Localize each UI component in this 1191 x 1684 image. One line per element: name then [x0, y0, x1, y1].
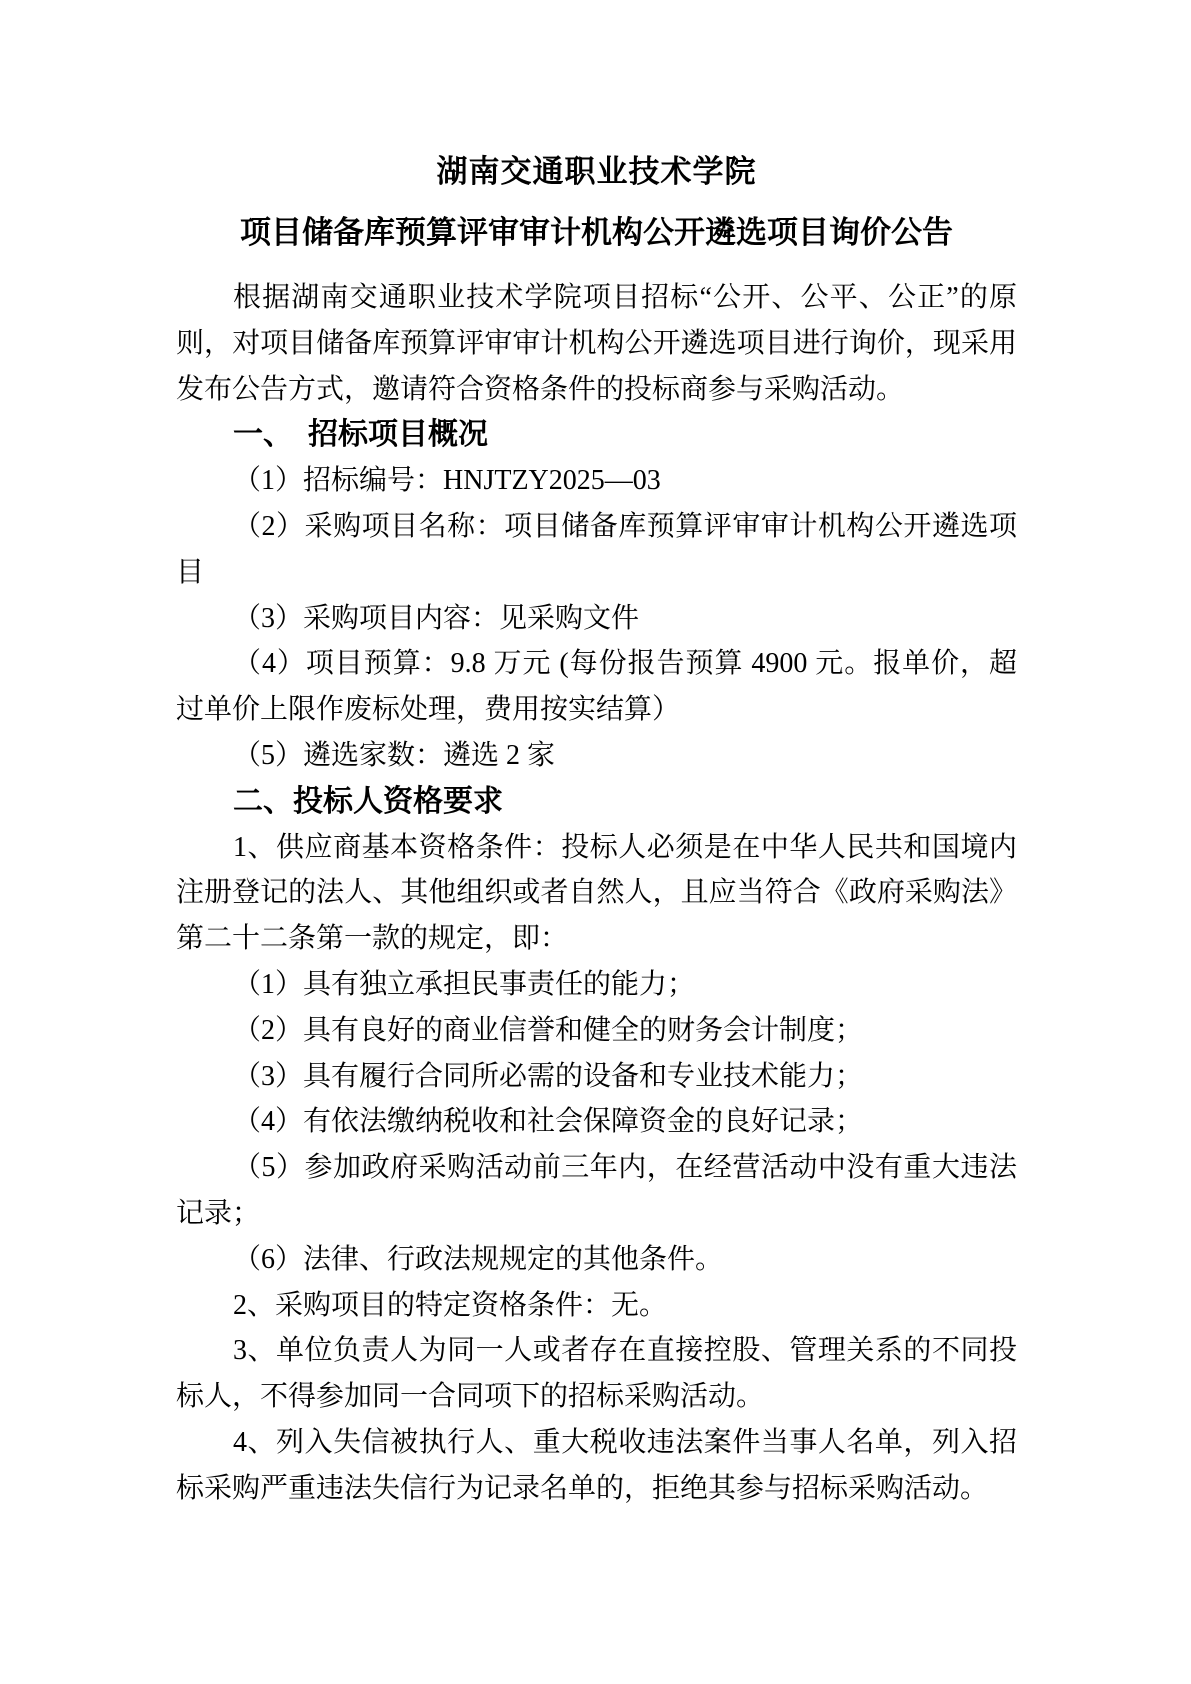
same-responsible-person-rule: 3、单位负责人为同一人或者存在直接控股、管理关系的不同投标人，不得参加同一合同项… — [176, 1328, 1017, 1420]
project-content: （3）采购项目内容：见采购文件 — [176, 596, 1017, 642]
section-heading-1: 一、 招标项目概况 — [176, 412, 1017, 458]
text-line: 第二十二条第一款的规定，即： — [176, 916, 1017, 962]
qualification-item-3: （3）具有履行合同所必需的设备和专业技术能力； — [176, 1054, 1017, 1100]
text-line: 目 — [176, 550, 1017, 596]
section-heading-2: 二、投标人资格要求 — [176, 779, 1017, 825]
text-line: （1）具有独立承担民事责任的能力； — [176, 962, 1017, 1008]
text-line: 则，对项目储备库预算评审审计机构公开遴选项目进行询价，现采用 — [176, 321, 1017, 367]
text-line: 一、 招标项目概况 — [176, 412, 1017, 458]
qualification-item-6: （6）法律、行政法规规定的其他条件。 — [176, 1237, 1017, 1283]
specific-qualification: 2、采购项目的特定资格条件：无。 — [176, 1283, 1017, 1329]
text-line: 记录； — [176, 1191, 1017, 1237]
text-line: 注册登记的法人、其他组织或者自然人，且应当符合《政府采购法》 — [176, 870, 1017, 916]
tender-number: （1）招标编号：HNJTZY2025—03 — [176, 458, 1017, 504]
qualification-item-4: （4）有依法缴纳税收和社会保障资金的良好记录； — [176, 1099, 1017, 1145]
text-line: 二、投标人资格要求 — [176, 779, 1017, 825]
qualification-item-5: （5）参加政府采购活动前三年内，在经营活动中没有重大违法记录； — [176, 1145, 1017, 1237]
selection-count: （5）遴选家数：遴选 2 家 — [176, 733, 1017, 779]
document-page: 湖南交通职业技术学院 项目储备库预算评审审计机构公开遴选项目询价公告 根据湖南交… — [0, 0, 1191, 1684]
qualification-item-2: （2）具有良好的商业信誉和健全的财务会计制度； — [176, 1008, 1017, 1054]
qualification-item-1: （1）具有独立承担民事责任的能力； — [176, 962, 1017, 1008]
document-subtitle: 项目储备库预算评审审计机构公开遴选项目询价公告 — [176, 213, 1017, 253]
text-line: （6）法律、行政法规规定的其他条件。 — [176, 1237, 1017, 1283]
text-line: 标人，不得参加同一合同项下的招标采购活动。 — [176, 1374, 1017, 1420]
text-line: 发布公告方式，邀请符合资格条件的投标商参与采购活动。 — [176, 367, 1017, 413]
document-title: 湖南交通职业技术学院 — [176, 152, 1017, 192]
text-line: （1）招标编号：HNJTZY2025—03 — [176, 458, 1017, 504]
text-line: 2、采购项目的特定资格条件：无。 — [176, 1283, 1017, 1329]
text-line: 4、列入失信被执行人、重大税收违法案件当事人名单，列入招 — [176, 1420, 1017, 1466]
text-line: （4）有依法缴纳税收和社会保障资金的良好记录； — [176, 1099, 1017, 1145]
text-line: （4）项目预算：9.8 万元 (每份报告预算 4900 元。报单价，超 — [176, 641, 1017, 687]
project-name: （2）采购项目名称：项目储备库预算评审审计机构公开遴选项目 — [176, 504, 1017, 596]
text-line: （2）采购项目名称：项目储备库预算评审审计机构公开遴选项 — [176, 504, 1017, 550]
project-budget: （4）项目预算：9.8 万元 (每份报告预算 4900 元。报单价，超过单价上限… — [176, 641, 1017, 733]
dishonest-list-rule: 4、列入失信被执行人、重大税收违法案件当事人名单，列入招标采购严重违法失信行为记… — [176, 1420, 1017, 1512]
text-line: 过单价上限作废标处理，费用按实结算） — [176, 687, 1017, 733]
text-line: 根据湖南交通职业技术学院项目招标“公开、公平、公正”的原 — [176, 275, 1017, 321]
text-line: 1、供应商基本资格条件：投标人必须是在中华人民共和国境内 — [176, 825, 1017, 871]
text-line: 3、单位负责人为同一人或者存在直接控股、管理关系的不同投 — [176, 1328, 1017, 1374]
text-line: （5）参加政府采购活动前三年内，在经营活动中没有重大违法 — [176, 1145, 1017, 1191]
text-line: （2）具有良好的商业信誉和健全的财务会计制度； — [176, 1008, 1017, 1054]
text-line: （5）遴选家数：遴选 2 家 — [176, 733, 1017, 779]
document-body: 根据湖南交通职业技术学院项目招标“公开、公平、公正”的原则，对项目储备库预算评审… — [176, 275, 1017, 1512]
intro-paragraph: 根据湖南交通职业技术学院项目招标“公开、公平、公正”的原则，对项目储备库预算评审… — [176, 275, 1017, 412]
text-line: （3）具有履行合同所必需的设备和专业技术能力； — [176, 1054, 1017, 1100]
basic-qualification: 1、供应商基本资格条件：投标人必须是在中华人民共和国境内注册登记的法人、其他组织… — [176, 825, 1017, 962]
text-line: 标采购严重违法失信行为记录名单的，拒绝其参与招标采购活动。 — [176, 1466, 1017, 1512]
text-line: （3）采购项目内容：见采购文件 — [176, 596, 1017, 642]
